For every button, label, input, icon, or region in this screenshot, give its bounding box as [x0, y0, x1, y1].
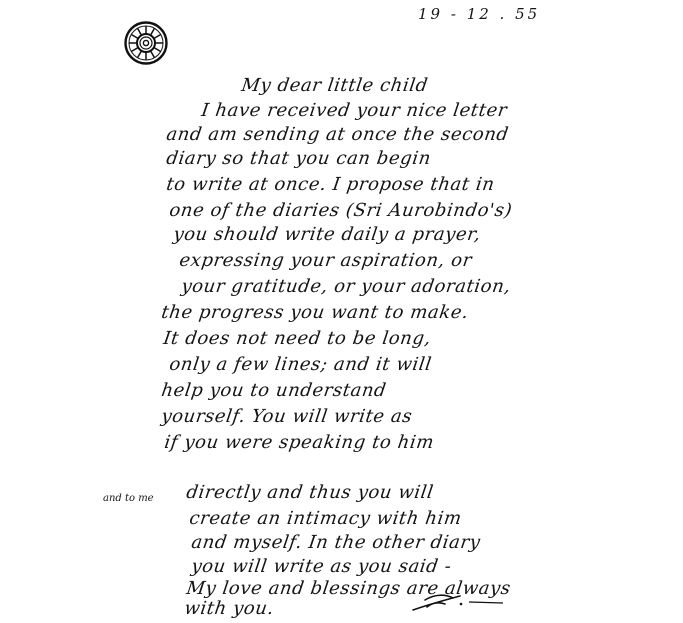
mother-symbol-icon [124, 21, 168, 65]
letter-line: diary so that you can begin [165, 148, 432, 169]
letter-line: and am sending at once the second [165, 124, 510, 145]
letter-line: if you were speaking to him [163, 432, 436, 453]
margin-insertion: and to me [103, 493, 154, 504]
letter-line: and myself. In the other diary [190, 532, 482, 553]
salutation: My dear little child [240, 75, 429, 96]
letter-line: to write at once. I propose that in [165, 174, 496, 195]
letter-line: directly and thus you will [185, 482, 435, 503]
letter-line: you will write as you said - [190, 556, 453, 577]
letter-line: your gratitude, or your adoration, [180, 276, 512, 297]
letter-line: you should write daily a prayer, [172, 224, 482, 245]
letter-line: one of the diaries (Sri Aurobindo's) [168, 200, 514, 221]
letter-line: I have received your nice letter [200, 100, 509, 121]
letter-line: It does not need to be long, [162, 328, 432, 349]
letter-date: 19 - 12 . 55 [418, 5, 540, 23]
letter-line: yourself. You will write as [160, 406, 414, 427]
letter-line: help you to understand [160, 380, 388, 401]
letter-line: create an intimacy with him [188, 508, 463, 529]
letter-line: with you. [183, 598, 275, 619]
letter-line: only a few lines; and it will [168, 354, 433, 375]
letter-line: the progress you want to make. [160, 302, 470, 323]
letter-line: expressing your aspiration, or [178, 250, 473, 271]
signature-flourish [405, 590, 505, 612]
